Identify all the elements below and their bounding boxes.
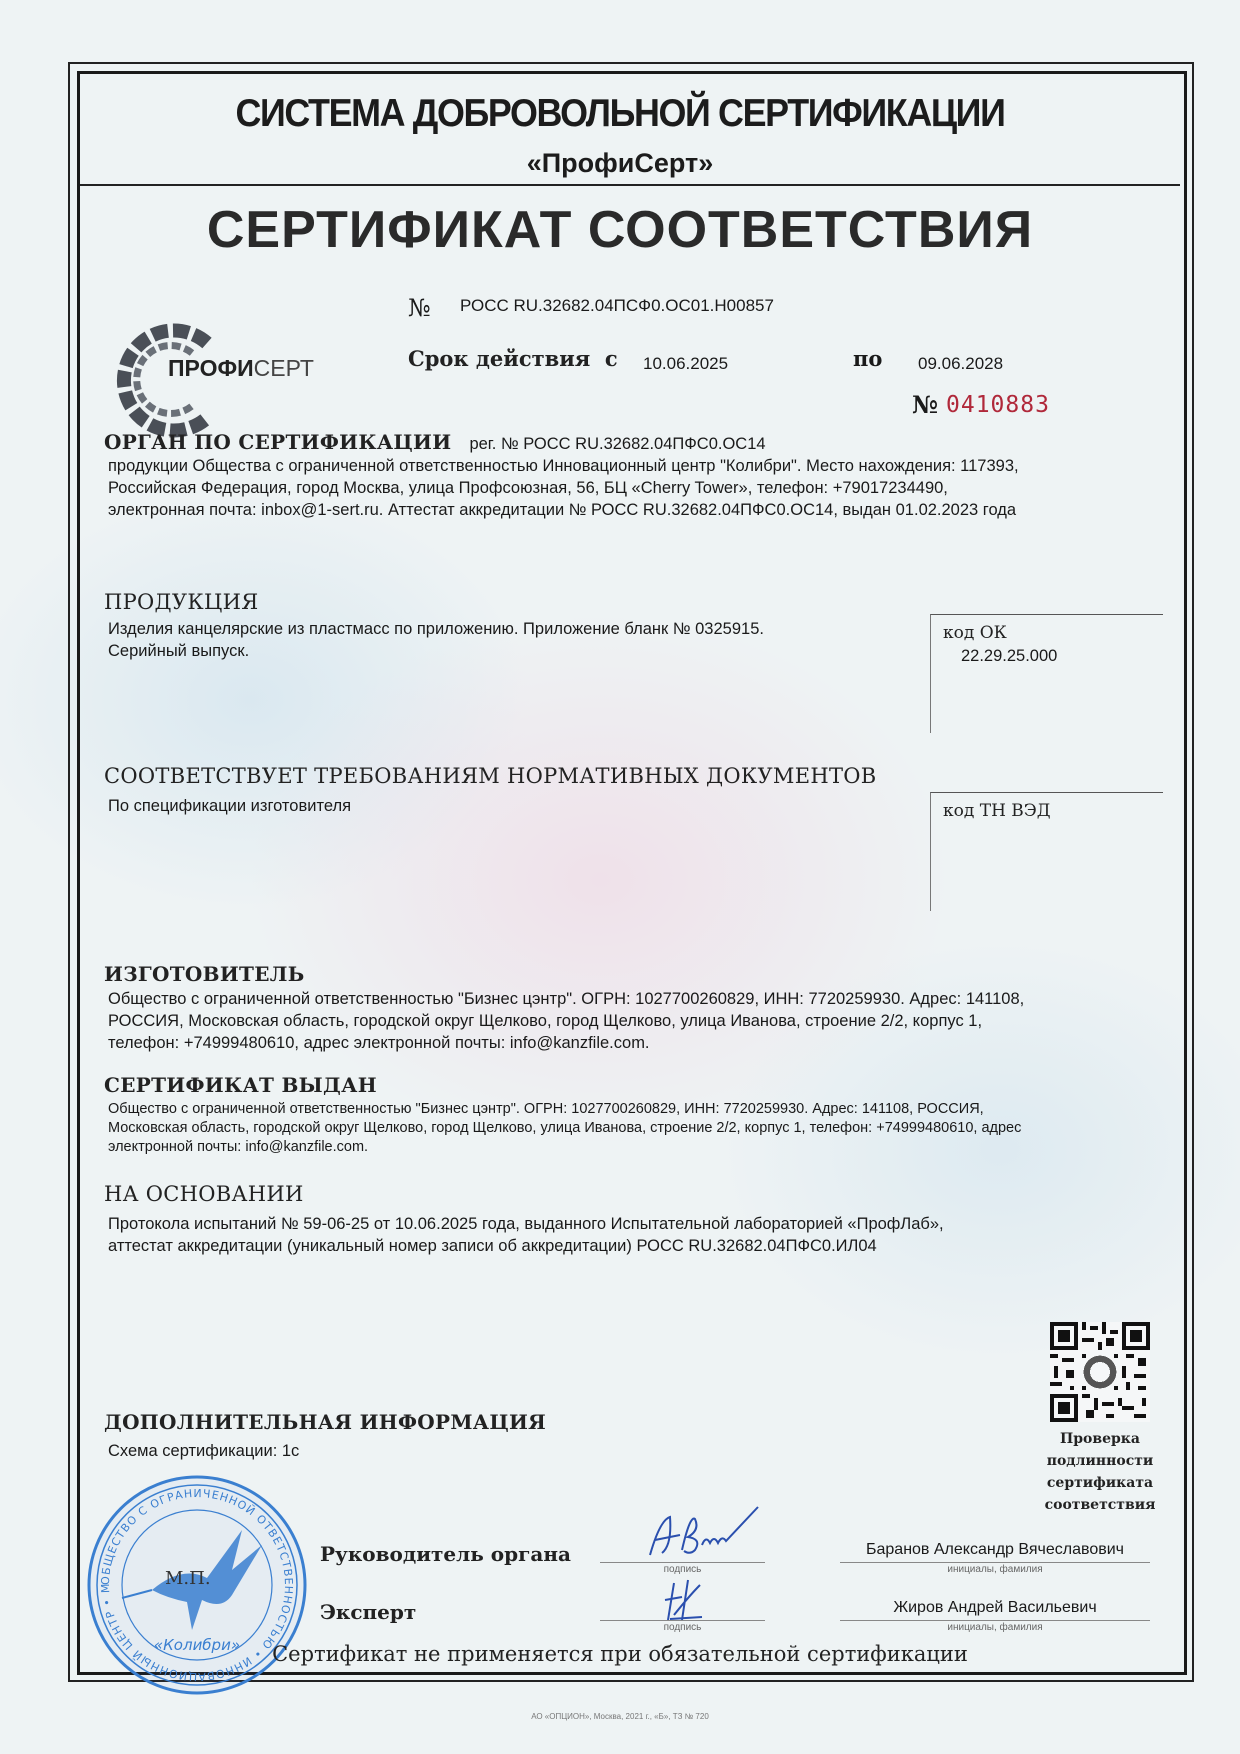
text-line: Общество с ограниченной ответственностью… [108,1100,1178,1119]
document-title: СЕРТИФИКАТ СООТВЕТСТВИЯ [0,200,1240,260]
system-title: СИСТЕМА ДОБРОВОЛЬНОЙ СЕРТИФИКАЦИИ [50,92,1191,136]
caption-line: сертификата [1030,1472,1170,1494]
caption-line: соответствия [1030,1494,1170,1516]
head-name-caption: инициалы, фамилия [840,1564,1150,1575]
text-line: РОССИЯ, Московская область, городской ок… [108,1010,1178,1032]
certification-body-details: продукции Общества с ограниченной ответс… [108,455,1178,521]
tnved-code-label: код ТН ВЭД [943,801,1163,821]
logo-light: СЕРТ [254,355,314,381]
compliance-text: По спецификации изготовителя [108,795,351,817]
expert-role-label: Эксперт [320,1600,416,1624]
product-heading: ПРОДУКЦИЯ [104,590,258,614]
text-line: Протокола испытаний № 59-06-25 от 10.06.… [108,1213,1108,1235]
text-line: Общество с ограниченной ответственностью… [108,988,1178,1010]
compliance-heading: СООТВЕТСТВУЕТ ТРЕБОВАНИЯМ НОРМАТИВНЫХ ДО… [104,764,877,788]
number-label: № [408,294,431,322]
valid-to: 09.06.2028 [918,354,1003,374]
head-role-label: Руководитель органа [320,1542,571,1566]
basis-heading: НА ОСНОВАНИИ [104,1182,304,1206]
certificate-number: РОСС RU.32682.04ПСФ0.ОС01.Н00857 [460,296,774,316]
additional-text: Схема сертификации: 1с [108,1440,299,1462]
manufacturer-details: Общество с ограниченной ответственностью… [108,988,1178,1054]
ok-code-label: код ОК [943,623,1163,643]
expert-name: Жиров Андрей Васильевич [835,1599,1155,1617]
head-signature-caption: подпись [600,1564,765,1575]
expert-name-caption: инициалы, фамилия [840,1622,1150,1633]
text-line: аттестат аккредитации (уникальный номер … [108,1235,1108,1257]
additional-heading: ДОПОЛНИТЕЛЬНАЯ ИНФОРМАЦИЯ [104,1410,546,1434]
head-signature-icon [640,1505,760,1565]
expert-signature-icon [660,1575,710,1625]
valid-from: 10.06.2025 [643,354,728,374]
certification-body-heading: ОРГАН ПО СЕРТИФИКАЦИИ [104,430,451,454]
expert-signature-caption: подпись [600,1622,765,1633]
text-line: телефон: +74999480610, адрес электронной… [108,1032,1178,1054]
text-line: Изделия канцелярские из пластмасс по при… [108,618,908,640]
footer-note: Сертификат не применяется при обязательн… [0,1642,1240,1666]
serial-label: № [912,390,938,419]
text-line: Российская Федерация, город Москва, улиц… [108,477,1178,499]
manufacturer-heading: ИЗГОТОВИТЕЛЬ [104,962,305,986]
expert-signature-line [600,1620,765,1621]
validity-label: Срок действия с [408,346,618,371]
qr-caption: Проверка подлинности сертификата соответ… [1030,1428,1170,1516]
printer-imprint: АО «ОПЦИОН», Москва, 2021 г., «Б», ТЗ № … [0,1712,1240,1721]
valid-to-label: по [853,346,882,371]
system-name: «ПрофиСерт» [0,148,1240,179]
ok-code-box: код ОК 22.29.25.000 [930,614,1163,733]
text-line: Московская область, городской округ Щелк… [108,1119,1178,1138]
text-line: электронной почты: info@kanzfile.com. [108,1138,1178,1157]
issued-to-details: Общество с ограниченной ответственностью… [108,1100,1178,1157]
logo-wordmark: ПРОФИСЕРТ [168,355,314,382]
issued-to-heading: СЕРТИФИКАТ ВЫДАН [104,1073,377,1097]
text-line: Серийный выпуск. [108,640,908,662]
product-details: Изделия канцелярские из пластмасс по при… [108,618,908,662]
basis-details: Протокола испытаний № 59-06-25 от 10.06.… [108,1213,1108,1257]
qr-code-icon[interactable] [1050,1322,1150,1422]
expert-name-line [840,1620,1150,1621]
head-name: Баранов Александр Вячеславович [835,1541,1155,1559]
logo-bold: ПРОФИ [168,355,254,381]
head-name-line [840,1562,1150,1563]
text-line: электронная почта: inbox@1-sert.ru. Атте… [108,499,1178,521]
header-divider [80,184,1180,186]
stamp-place-label: М.П. [165,1568,211,1589]
caption-line: подлинности [1030,1450,1170,1472]
certification-body-section: ОРГАН ПО СЕРТИФИКАЦИИ рег. № РОСС RU.326… [104,430,766,455]
tnved-code-box: код ТН ВЭД [930,792,1163,911]
head-signature-line [600,1562,765,1563]
caption-line: Проверка [1030,1428,1170,1450]
text-line: продукции Общества с ограниченной ответс… [108,455,1178,477]
serial-number: 0410883 [946,392,1050,418]
ok-code-value: 22.29.25.000 [961,647,1163,666]
certification-body-reg: рег. № РОСС RU.32682.04ПФС0.ОС14 [469,435,765,453]
